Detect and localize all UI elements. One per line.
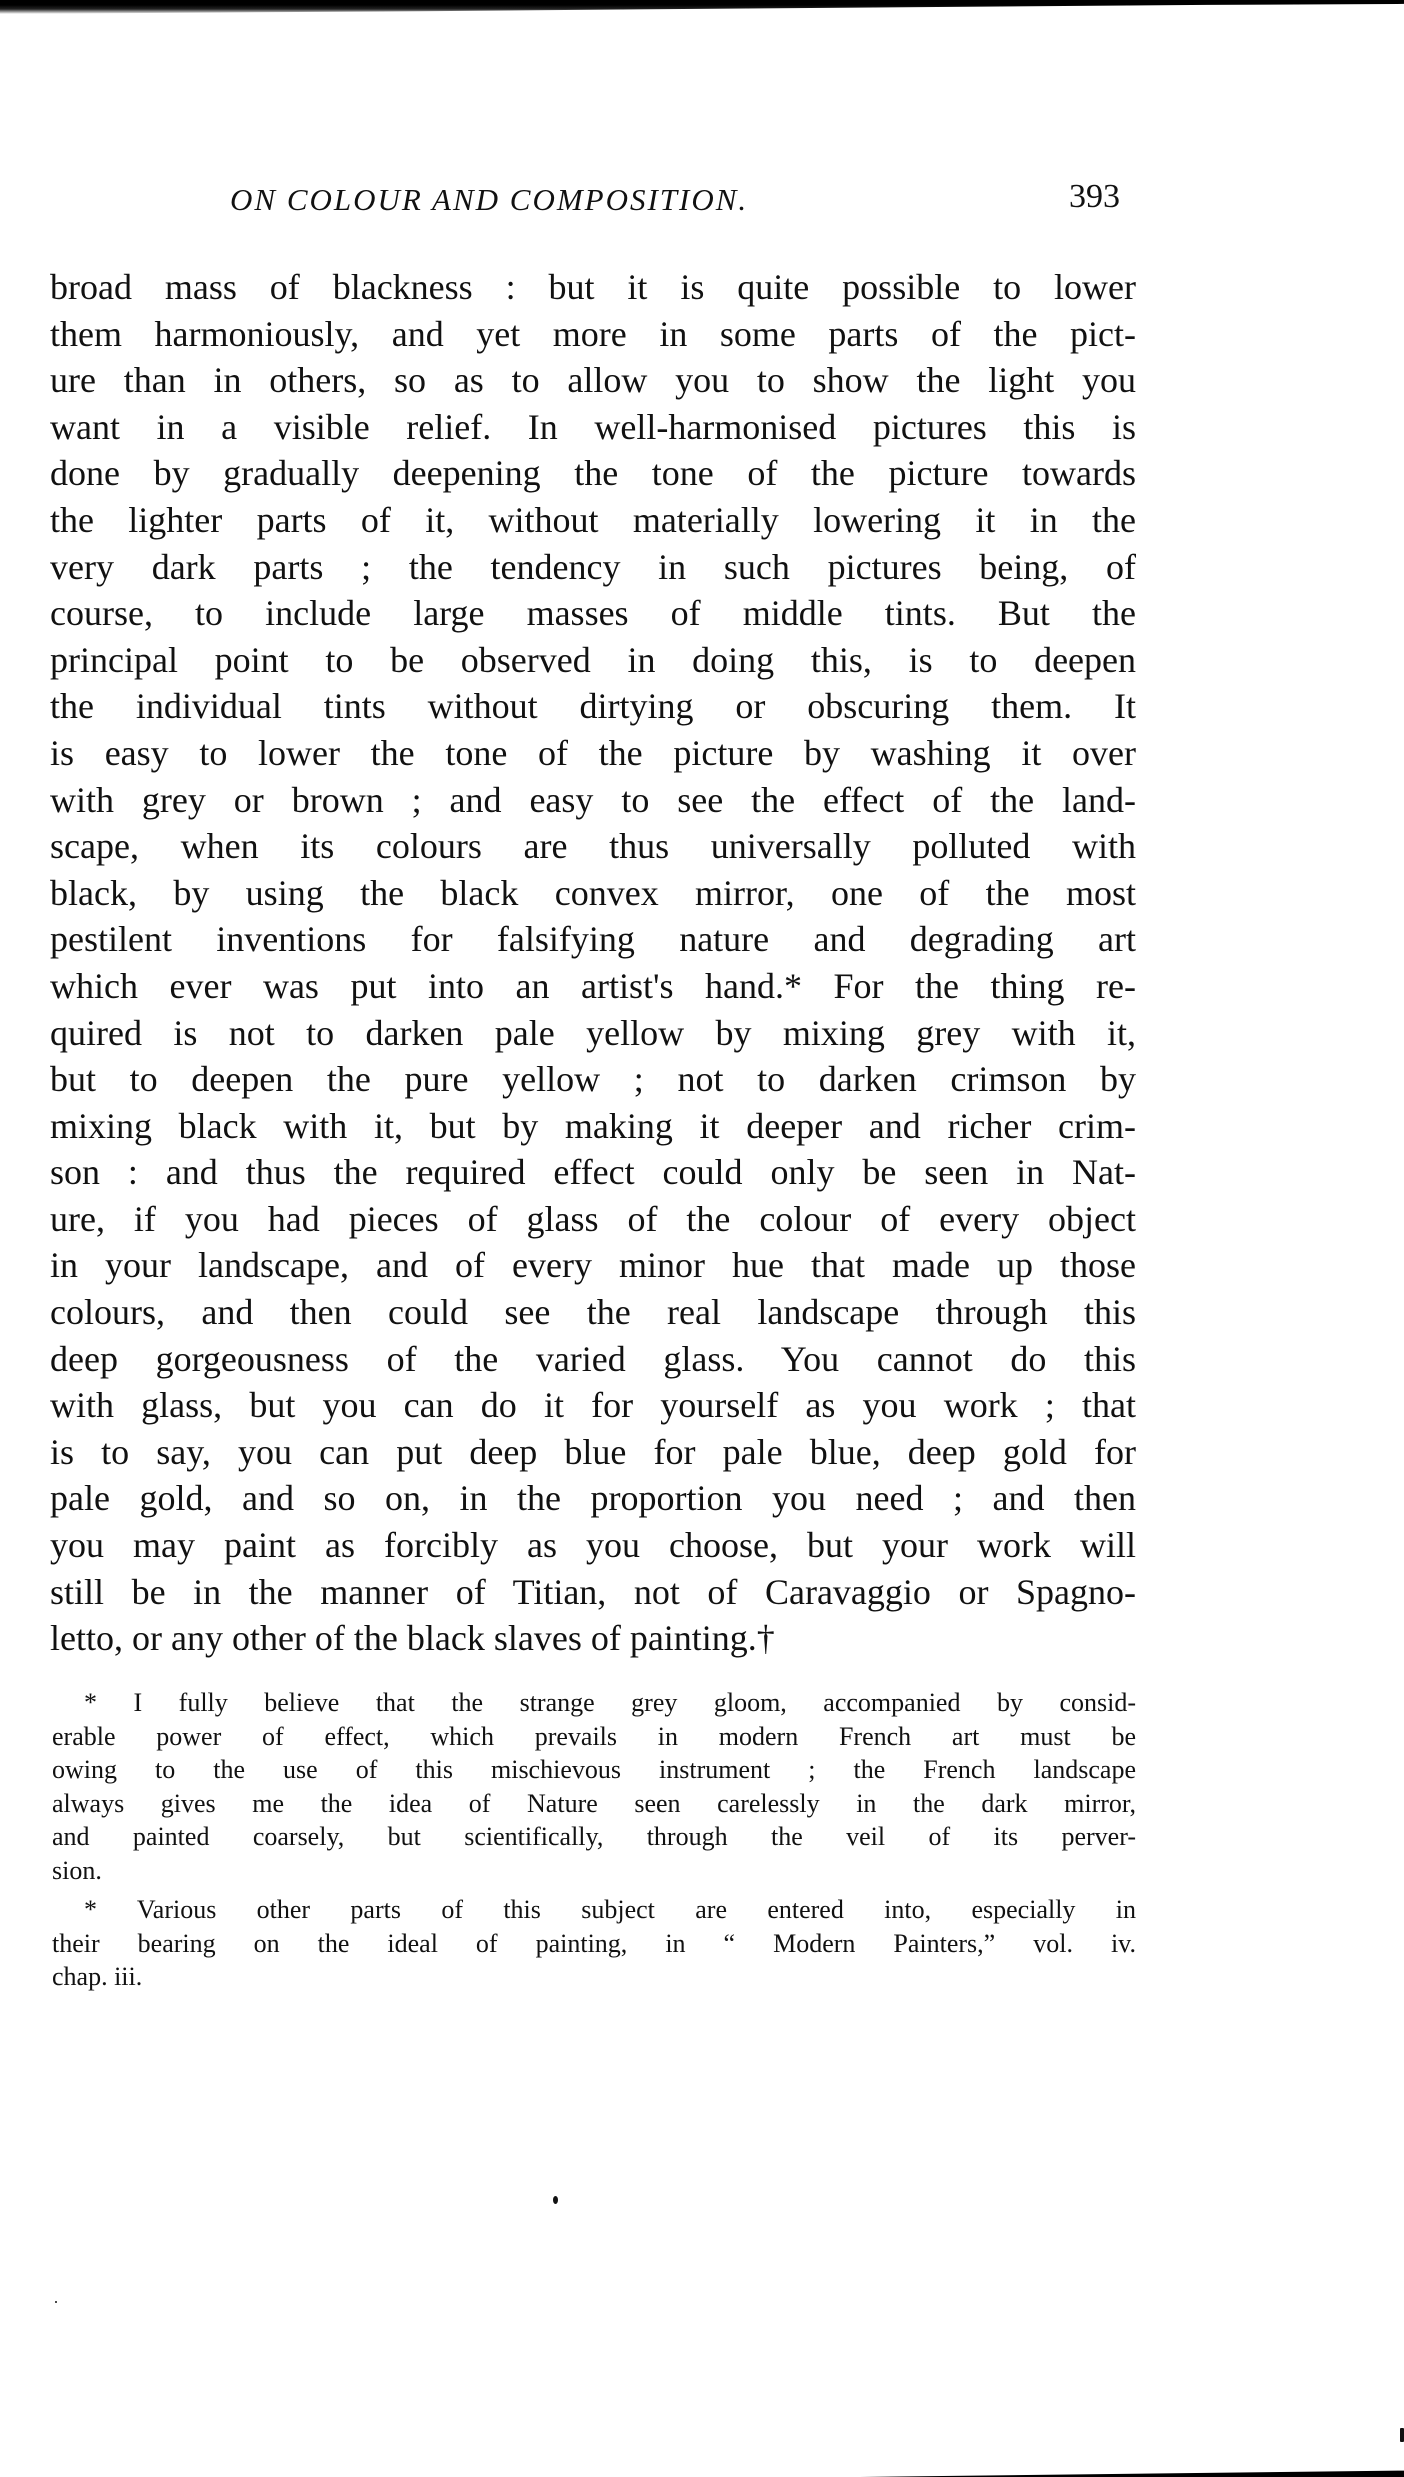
body-line: pale gold, and so on, in the proportion … [50, 1475, 1136, 1522]
running-title: ON COLOUR AND COMPOSITION. [230, 182, 748, 218]
body-line: very dark parts ; the tendency in such p… [50, 544, 1136, 591]
body-line: in your landscape, and of every minor hu… [50, 1242, 1136, 1289]
scan-border-top [0, 0, 1404, 14]
body-line: pestilent inventions for falsifying natu… [50, 916, 1136, 963]
body-line: principal point to be observed in doing … [50, 637, 1136, 684]
body-line: son : and thus the required effect could… [50, 1149, 1136, 1196]
body-line: ure, if you had pieces of glass of the c… [50, 1196, 1136, 1243]
body-line: which ever was put into an artist's hand… [50, 963, 1136, 1010]
body-line: colours, and then could see the real lan… [50, 1289, 1136, 1336]
footnote-line: chap. iii. [52, 1960, 1136, 1994]
footnote-line: and painted coarsely, but scientifically… [52, 1820, 1136, 1854]
body-line: but to deepen the pure yellow ; not to d… [50, 1056, 1136, 1103]
running-head: ON COLOUR AND COMPOSITION. 393 [230, 178, 1120, 228]
body-line: letto, or any other of the black slaves … [50, 1615, 1136, 1662]
footnote-line: sion. [52, 1854, 1136, 1888]
body-line: ure than in others, so as to allow you t… [50, 357, 1136, 404]
body-line: is easy to lower the tone of the picture… [50, 730, 1136, 777]
scan-speck [1400, 2428, 1404, 2442]
footnote-line: owing to the use of this mischievous ins… [52, 1753, 1136, 1787]
body-line: them harmoniously, and yet more in some … [50, 311, 1136, 358]
body-line: black, by using the black convex mirror,… [50, 870, 1136, 917]
body-line: broad mass of blackness : but it is quit… [50, 264, 1136, 311]
body-line: you may paint as forcibly as you choose,… [50, 1522, 1136, 1569]
body-line: the lighter parts of it, without materia… [50, 497, 1136, 544]
footnote-line: * Various other parts of this subject ar… [52, 1893, 1136, 1927]
body-line: still be in the manner of Titian, not of… [50, 1569, 1136, 1616]
footnote-line: * I fully believe that the strange grey … [52, 1686, 1136, 1720]
body-line: deep gorgeousness of the varied glass. Y… [50, 1336, 1136, 1383]
scan-speck [55, 2301, 57, 2303]
body-line: course, to include large masses of middl… [50, 590, 1136, 637]
page-number: 393 [1069, 178, 1120, 216]
footnote-line: their bearing on the ideal of painting, … [52, 1927, 1136, 1961]
footnote-dagger: * Various other parts of this subject ar… [52, 1893, 1136, 1994]
scan-border-bottom [860, 2469, 1404, 2477]
footnotes: * I fully believe that the strange grey … [52, 1686, 1136, 1994]
footnote-line: always gives me the idea of Nature seen … [52, 1787, 1136, 1821]
body-line: the individual tints without dirtying or… [50, 683, 1136, 730]
footnote-asterisk: * I fully believe that the strange grey … [52, 1686, 1136, 1887]
scan-speck [553, 2196, 558, 2204]
body-line: mixing black with it, but by making it d… [50, 1103, 1136, 1150]
body-text: broad mass of blackness : but it is quit… [50, 264, 1136, 1662]
footnote-line: erable power of effect, which prevails i… [52, 1720, 1136, 1754]
body-line: done by gradually deepening the tone of … [50, 450, 1136, 497]
body-line: want in a visible relief. In well-harmon… [50, 404, 1136, 451]
body-line: with glass, but you can do it for yourse… [50, 1382, 1136, 1429]
body-line: with grey or brown ; and easy to see the… [50, 777, 1136, 824]
body-line: is to say, you can put deep blue for pal… [50, 1429, 1136, 1476]
body-line: quired is not to darken pale yellow by m… [50, 1010, 1136, 1057]
body-line: scape, when its colours are thus univers… [50, 823, 1136, 870]
